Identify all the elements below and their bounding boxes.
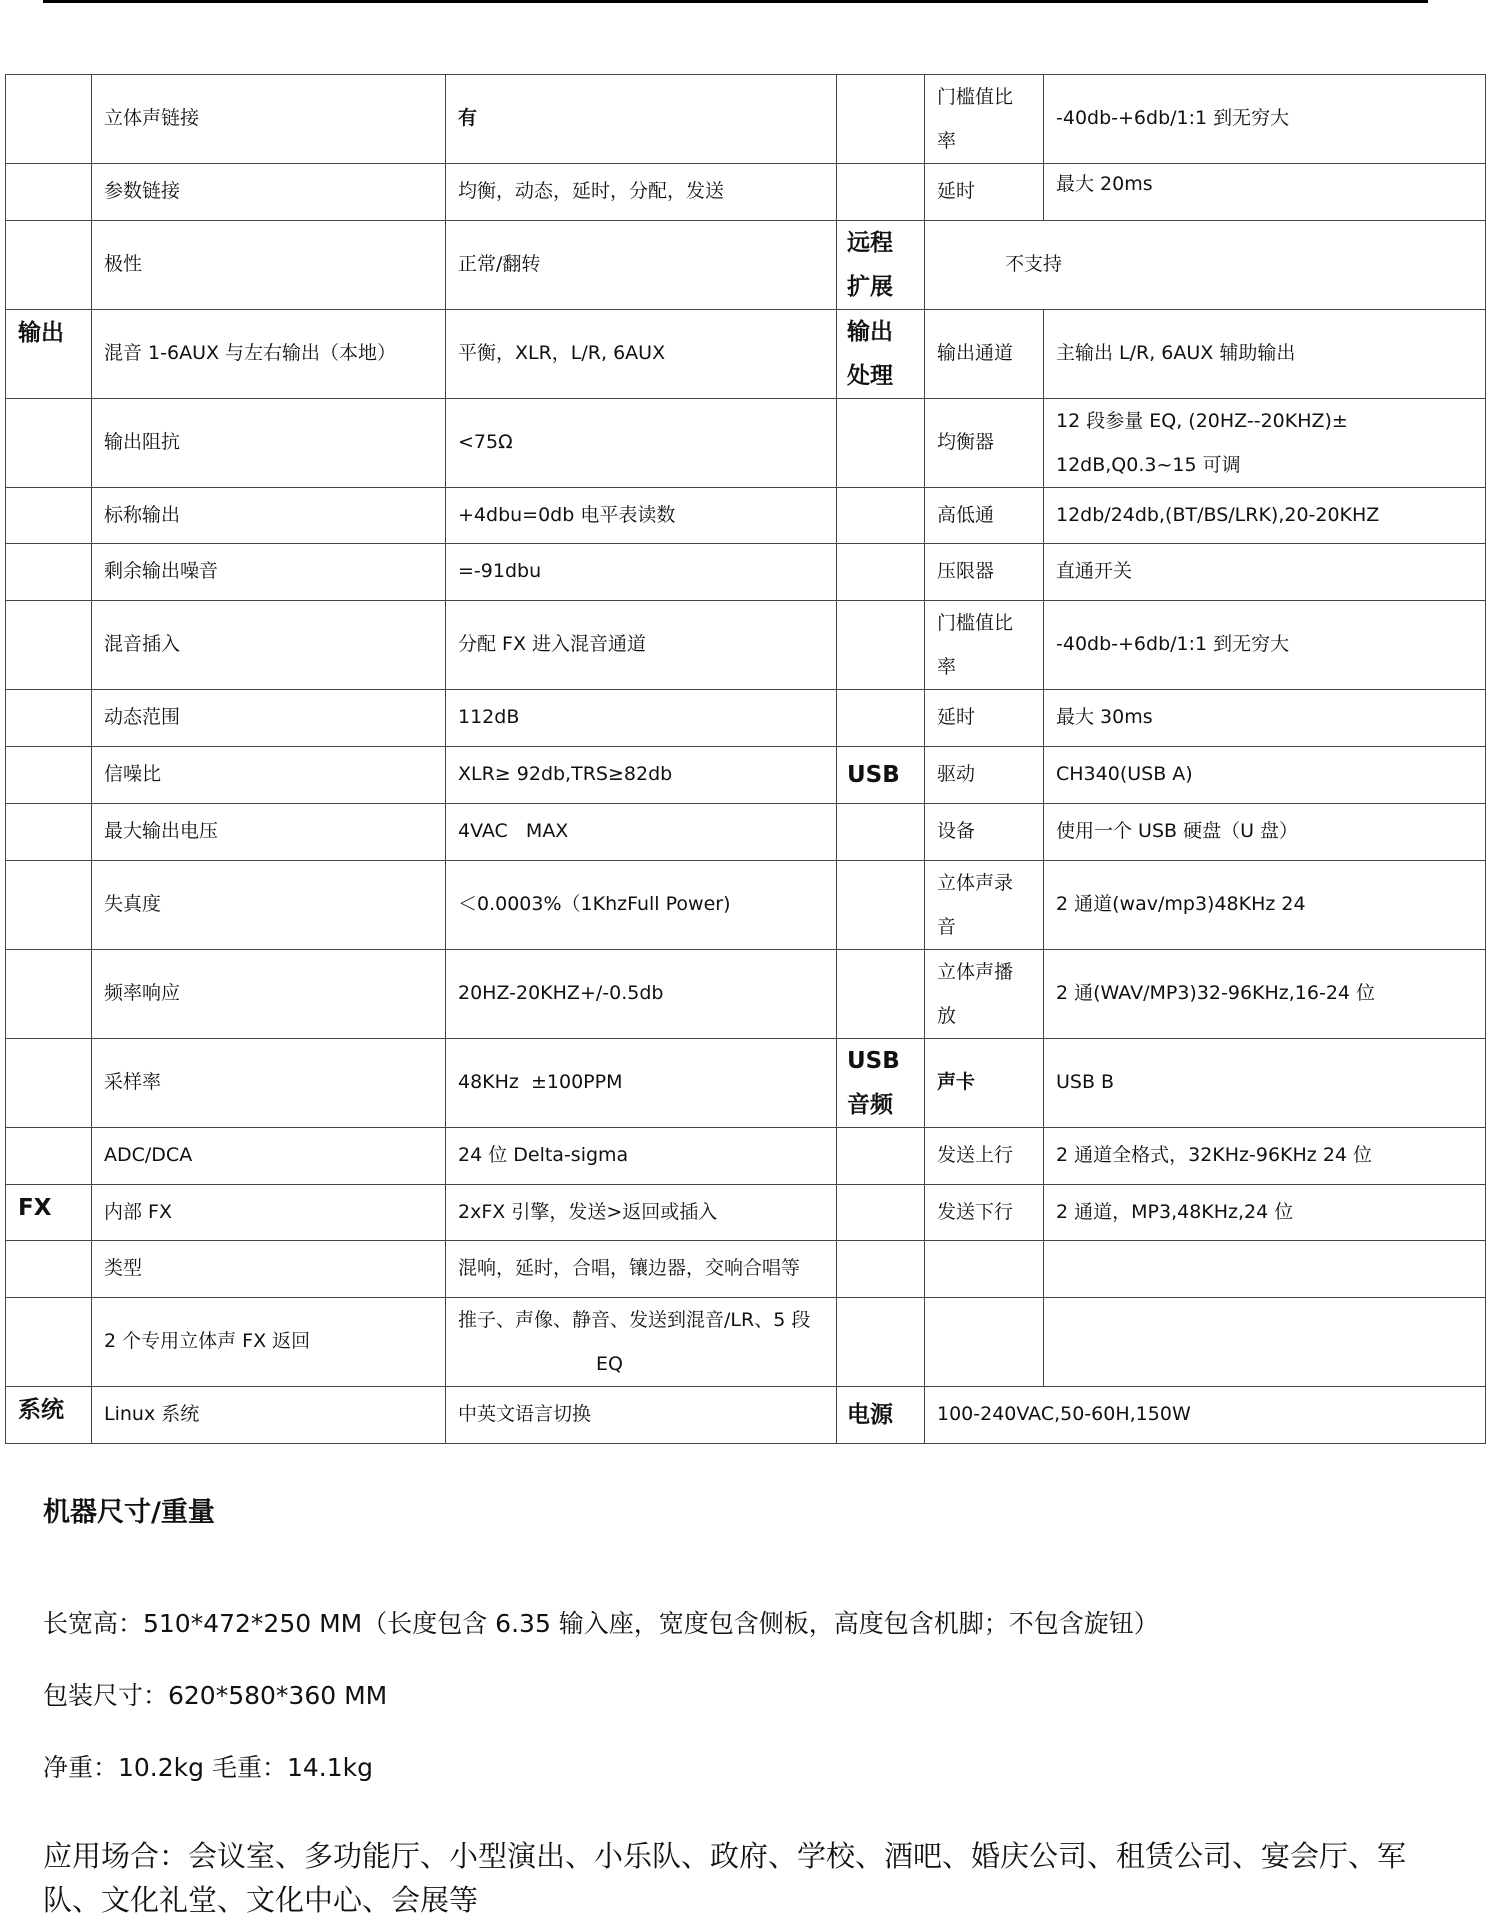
- spec-value: CH340(USB A): [1044, 747, 1486, 804]
- section-cell: [6, 950, 92, 1039]
- section-power: 电源: [837, 1387, 925, 1444]
- spec-key: 标称输出: [92, 488, 446, 544]
- spec-value: <75Ω: [446, 399, 837, 488]
- spec-key: 采样率: [92, 1039, 446, 1128]
- spec-value: =-91dbu: [446, 544, 837, 601]
- spec-value: 推子、声像、静音、发送到混音/LR、5 段EQ: [446, 1298, 837, 1387]
- section-cell: [837, 399, 925, 488]
- spec-value: 使用一个 USB 硬盘（U 盘）: [1044, 804, 1486, 861]
- spec-key: 内部 FX: [92, 1185, 446, 1241]
- spec-key: 混音 1-6AUX 与左右输出（本地）: [92, 310, 446, 399]
- spec-value: +4dbu=0db 电平表读数: [446, 488, 837, 544]
- spec-key: 频率响应: [92, 950, 446, 1039]
- spec-value: [1044, 1298, 1486, 1387]
- spec-value: 直通开关: [1044, 544, 1486, 601]
- spec-key: 混音插入: [92, 601, 446, 690]
- section-cell: [6, 399, 92, 488]
- spec-value: 100-240VAC,50-60H,150W: [925, 1387, 1486, 1444]
- spec-key: 失真度: [92, 861, 446, 950]
- section-cell: [837, 690, 925, 747]
- spec-key: 极性: [92, 221, 446, 310]
- spec-value: 有: [446, 75, 837, 164]
- table-row: 剩余输出噪音 =-91dbu 压限器 直通开关: [6, 544, 1486, 601]
- spec-value: ＜0.0003%（1KhzFull Power): [446, 861, 837, 950]
- section-usb-audio: USB音频: [837, 1039, 925, 1128]
- table-row: 2 个专用立体声 FX 返回 推子、声像、静音、发送到混音/LR、5 段EQ: [6, 1298, 1486, 1387]
- table-row: 输出 混音 1-6AUX 与左右输出（本地） 平衡，XLR，L/R, 6AUX …: [6, 310, 1486, 399]
- spec-key: 发送上行: [925, 1128, 1044, 1185]
- spec-key: 均衡器: [925, 399, 1044, 488]
- spec-key: [925, 1241, 1044, 1298]
- package-size: 包装尺寸：620*580*360 MM: [43, 1676, 387, 1712]
- section-cell: [6, 488, 92, 544]
- section-cell: [837, 1128, 925, 1185]
- spec-table: 立体声链接 有 门槛值比率 -40db-+6db/1:1 到无穷大 参数链接 均…: [5, 74, 1486, 1444]
- section-cell: [837, 861, 925, 950]
- spec-key: 门槛值比率: [925, 601, 1044, 690]
- spec-value: 2 通道(wav/mp3)48KHz 24: [1044, 861, 1486, 950]
- spec-value: USB B: [1044, 1039, 1486, 1128]
- table-row: 混音插入 分配 FX 进入混音通道 门槛值比率 -40db-+6db/1:1 到…: [6, 601, 1486, 690]
- section-usb: USB: [837, 747, 925, 804]
- section-cell: [837, 488, 925, 544]
- table-row: 输出阻抗 <75Ω 均衡器 12 段参量 EQ, (20HZ--20KHZ)±1…: [6, 399, 1486, 488]
- section-cell: [6, 804, 92, 861]
- spec-value: 2xFX 引擎，发送>返回或插入: [446, 1185, 837, 1241]
- section-cell: [6, 75, 92, 164]
- spec-key: [925, 1298, 1044, 1387]
- table-row: 立体声链接 有 门槛值比率 -40db-+6db/1:1 到无穷大: [6, 75, 1486, 164]
- spec-value: -40db-+6db/1:1 到无穷大: [1044, 601, 1486, 690]
- section-cell: [6, 601, 92, 690]
- applications: 应用场合：会议室、多功能厅、小型演出、小乐队、政府、学校、酒吧、婚庆公司、租赁公…: [43, 1834, 1453, 1920]
- section-cell: [6, 747, 92, 804]
- table-row: 动态范围 112dB 延时 最大 30ms: [6, 690, 1486, 747]
- spec-value: 20HZ-20KHZ+/-0.5db: [446, 950, 837, 1039]
- section-cell: [6, 164, 92, 221]
- spec-value: 2 通道，MP3,48KHz,24 位: [1044, 1185, 1486, 1241]
- spec-value: 不支持: [925, 221, 1486, 310]
- spec-key: 高低通: [925, 488, 1044, 544]
- section-cell: [6, 221, 92, 310]
- table-row: 失真度 ＜0.0003%（1KhzFull Power) 立体声录音 2 通道(…: [6, 861, 1486, 950]
- section-remote-expansion: 远程扩展: [837, 221, 925, 310]
- spec-key: 输出阻抗: [92, 399, 446, 488]
- spec-key: 立体声播放: [925, 950, 1044, 1039]
- section-cell: [6, 1298, 92, 1387]
- spec-value: 48KHz ±100PPM: [446, 1039, 837, 1128]
- spec-value: [1044, 1241, 1486, 1298]
- spec-value: 混响，延时，合唱，镶边器，交响合唱等: [446, 1241, 837, 1298]
- spec-key: 最大输出电压: [92, 804, 446, 861]
- spec-key: 门槛值比率: [925, 75, 1044, 164]
- spec-key: 2 个专用立体声 FX 返回: [92, 1298, 446, 1387]
- weight: 净重：10.2kg 毛重：14.1kg: [43, 1748, 373, 1784]
- spec-key: 类型: [92, 1241, 446, 1298]
- table-row: 标称输出 +4dbu=0db 电平表读数 高低通 12db/24db,(BT/B…: [6, 488, 1486, 544]
- section-cell: [837, 544, 925, 601]
- dimensions-heading: 机器尺寸/重量: [43, 1490, 215, 1529]
- spec-key: 立体声录音: [925, 861, 1044, 950]
- spec-key: 延时: [925, 164, 1044, 221]
- table-row: 信噪比 XLR≥ 92db,TRS≥82db USB 驱动 CH340(USB …: [6, 747, 1486, 804]
- spec-key: 延时: [925, 690, 1044, 747]
- section-cell: [837, 1298, 925, 1387]
- spec-value: 2 通道全格式，32KHz-96KHz 24 位: [1044, 1128, 1486, 1185]
- spec-value: 主输出 L/R, 6AUX 辅助输出: [1044, 310, 1486, 399]
- spec-key: ADC/DCA: [92, 1128, 446, 1185]
- spec-key: Linux 系统: [92, 1387, 446, 1444]
- section-output-processing: 输出处理: [837, 310, 925, 399]
- section-cell: [6, 1241, 92, 1298]
- section-cell: [837, 804, 925, 861]
- spec-value: 中英文语言切换: [446, 1387, 837, 1444]
- table-row: 参数链接 均衡，动态，延时，分配，发送 延时 最大 20ms: [6, 164, 1486, 221]
- table-row: 采样率 48KHz ±100PPM USB音频 声卡 USB B: [6, 1039, 1486, 1128]
- spec-value: 2 通(WAV/MP3)32-96KHz,16-24 位: [1044, 950, 1486, 1039]
- section-fx: FX: [6, 1185, 92, 1241]
- section-cell: [837, 75, 925, 164]
- section-cell: [6, 690, 92, 747]
- section-cell: [837, 1241, 925, 1298]
- table-row: 极性 正常/翻转 远程扩展 不支持: [6, 221, 1486, 310]
- spec-key: 声卡: [925, 1039, 1044, 1128]
- spec-key: 立体声链接: [92, 75, 446, 164]
- spec-value: 最大 30ms: [1044, 690, 1486, 747]
- spec-key: 驱动: [925, 747, 1044, 804]
- spec-value: 最大 20ms: [1044, 164, 1486, 221]
- table-row: 最大输出电压 4VAC MAX 设备 使用一个 USB 硬盘（U 盘）: [6, 804, 1486, 861]
- section-cell: [837, 1185, 925, 1241]
- spec-value: 平衡，XLR，L/R, 6AUX: [446, 310, 837, 399]
- spec-key: 压限器: [925, 544, 1044, 601]
- dimensions-size: 长宽高：510*472*250 MM（长度包含 6.35 输入座，宽度包含侧板，…: [43, 1604, 1159, 1640]
- spec-value: 正常/翻转: [446, 221, 837, 310]
- table-row: 类型 混响，延时，合唱，镶边器，交响合唱等: [6, 1241, 1486, 1298]
- spec-value: 分配 FX 进入混音通道: [446, 601, 837, 690]
- table-row: FX 内部 FX 2xFX 引擎，发送>返回或插入 发送下行 2 通道，MP3,…: [6, 1185, 1486, 1241]
- table-row: 频率响应 20HZ-20KHZ+/-0.5db 立体声播放 2 通(WAV/MP…: [6, 950, 1486, 1039]
- section-output: 输出: [6, 310, 92, 399]
- spec-key: 动态范围: [92, 690, 446, 747]
- section-cell: [837, 164, 925, 221]
- spec-value: 均衡，动态，延时，分配，发送: [446, 164, 837, 221]
- spec-value: -40db-+6db/1:1 到无穷大: [1044, 75, 1486, 164]
- section-cell: [6, 1128, 92, 1185]
- spec-value: 12db/24db,(BT/BS/LRK),20-20KHZ: [1044, 488, 1486, 544]
- header-rule: [43, 0, 1428, 3]
- section-system: 系统: [6, 1387, 92, 1444]
- spec-value: 4VAC MAX: [446, 804, 837, 861]
- spec-key: 信噪比: [92, 747, 446, 804]
- spec-key: 参数链接: [92, 164, 446, 221]
- section-cell: [6, 1039, 92, 1128]
- table-row: 系统 Linux 系统 中英文语言切换 电源 100-240VAC,50-60H…: [6, 1387, 1486, 1444]
- section-cell: [6, 544, 92, 601]
- section-cell: [837, 950, 925, 1039]
- table-row: ADC/DCA 24 位 Delta-sigma 发送上行 2 通道全格式，32…: [6, 1128, 1486, 1185]
- spec-value: 12 段参量 EQ, (20HZ--20KHZ)±12dB,Q0.3~15 可调: [1044, 399, 1486, 488]
- spec-value: 24 位 Delta-sigma: [446, 1128, 837, 1185]
- spec-key: 发送下行: [925, 1185, 1044, 1241]
- spec-key: 剩余输出噪音: [92, 544, 446, 601]
- spec-key: 设备: [925, 804, 1044, 861]
- section-cell: [6, 861, 92, 950]
- spec-value: 112dB: [446, 690, 837, 747]
- section-cell: [837, 601, 925, 690]
- spec-value: XLR≥ 92db,TRS≥82db: [446, 747, 837, 804]
- spec-key: 输出通道: [925, 310, 1044, 399]
